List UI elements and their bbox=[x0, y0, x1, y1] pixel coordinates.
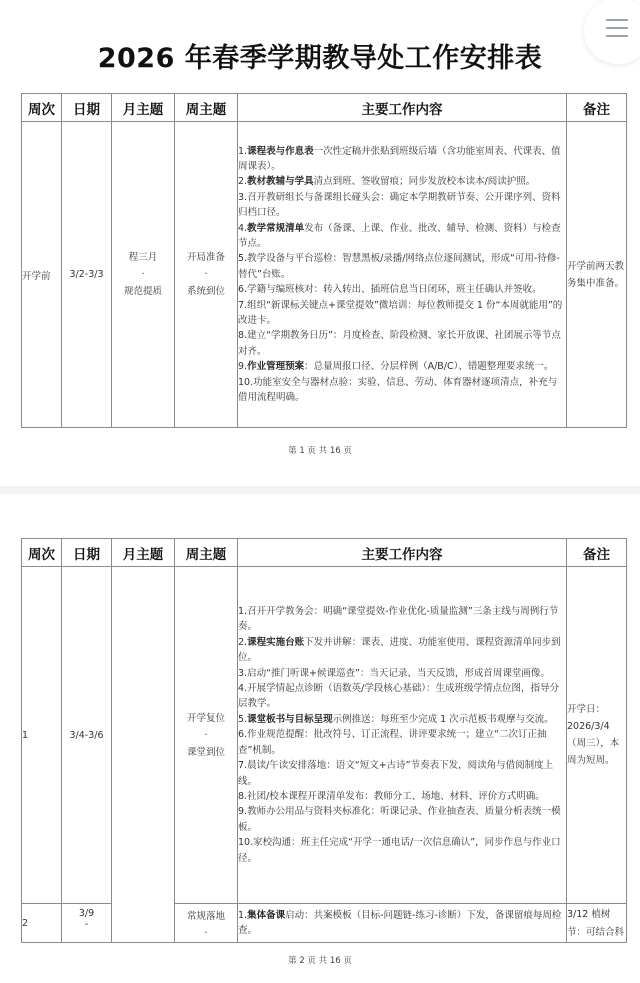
work-item: 9.作业管理预案：总量周报口径、分层样例（A/B/C）、错题整理要求统一。 bbox=[238, 359, 566, 374]
work-item: 1.集体备课启动：共案模板（目标-问题链-练习-诊断）下发，备课留痕每周检查。 bbox=[238, 908, 566, 939]
work-item: 1.召开开学教务会：明确“课堂提效-作业优化-质量监测”三条主线与周例行节奏。 bbox=[238, 604, 566, 635]
cell-main-work: 1.召开开学教务会：明确“课堂提效-作业优化-质量监测”三条主线与周例行节奏。 … bbox=[238, 567, 567, 904]
week-theme-line: 开学复位 bbox=[175, 710, 237, 727]
cell-week: 1 bbox=[22, 567, 62, 904]
schedule-table-page-2: 周次 日期 月主题 周主题 主要工作内容 备注 1 3/4-3/6 开学复位 ·… bbox=[21, 538, 627, 943]
month-theme-line: 程三月 bbox=[112, 249, 174, 266]
work-item: 8.社团/校本课程开课清单发布：教师分工、场地、材料、评价方式明确。 bbox=[238, 789, 566, 804]
header-month-theme: 月主题 bbox=[112, 94, 175, 122]
work-item: 4.开展学情起点诊断（语数英/学段核心基础）：生成班级学情点位图，指导分层教学。 bbox=[238, 681, 566, 712]
cell-date: 3/4-3/6 bbox=[62, 567, 112, 904]
page-separator bbox=[0, 486, 640, 494]
page-number-footer: 第 2 页 共 16 页 bbox=[0, 954, 640, 966]
work-item: 7.晨读/午读安排落地：语文“短文+古诗”节奏表下发，阅读角与借阅制度上线。 bbox=[238, 758, 566, 789]
work-item: 3.召开教研组长与备课组长碰头会：确定本学期教研节奏、公开课序列、资料归档口径。 bbox=[238, 190, 566, 221]
header-main-work: 主要工作内容 bbox=[238, 94, 567, 122]
month-theme-line: 规范提质 bbox=[112, 283, 174, 300]
week-theme-separator: · bbox=[175, 727, 237, 744]
document-title: 2026 年春季学期教导处工作安排表 bbox=[0, 36, 640, 75]
week-theme-line: 系统到位 bbox=[175, 283, 237, 300]
table-header-row: 周次 日期 月主题 周主题 主要工作内容 备注 bbox=[22, 94, 627, 122]
document-page-1: 2026 年春季学期教导处工作安排表 周次 日期 月主题 周主题 主要工作内容 … bbox=[0, 0, 640, 486]
work-item: 9.教师办公用品与资料夹标准化：听课记录、作业抽查表、质量分析表统一模板。 bbox=[238, 804, 566, 835]
document-page-2: 周次 日期 月主题 周主题 主要工作内容 备注 1 3/4-3/6 开学复位 ·… bbox=[0, 494, 640, 983]
cell-notes: 开学日：2026/3/4（周三），本周为短周。 bbox=[567, 567, 627, 904]
work-item: 7.组织“新课标关键点+课堂提效”微培训：每位教师提交 1 份“本周就能用”的改… bbox=[238, 298, 566, 329]
cell-notes: 3/12 植树节：可结合科 bbox=[567, 904, 627, 943]
week-theme-line: 课堂到位 bbox=[175, 744, 237, 761]
work-item: 1.课程表与作息表一次性定稿并张贴到班级后墙（含功能室周表、代课表、值周课表）。 bbox=[238, 144, 566, 175]
work-item: 2.课程实施台账下发并讲解：课表、进度、功能室使用、课程资源清单同步到位。 bbox=[238, 635, 566, 666]
header-week: 周次 bbox=[22, 94, 62, 122]
date-line: 3/9 bbox=[62, 908, 111, 919]
work-item: 2.教材教辅与学具清点到班、签收留痕；同步发放校本读本/阅读护照。 bbox=[238, 174, 566, 189]
header-notes: 备注 bbox=[567, 94, 627, 122]
cell-month-theme: 程三月 · 规范提质 bbox=[112, 122, 175, 428]
work-item: 6.学籍与编班核对：转入转出、插班信息当日闭环，班主任确认并签收。 bbox=[238, 282, 566, 297]
month-theme-separator: · bbox=[112, 266, 174, 283]
work-item: 10.家校沟通：班主任完成“开学一通电话/一次信息确认”，同步作息与作业口径。 bbox=[238, 835, 566, 866]
header-notes: 备注 bbox=[567, 539, 627, 567]
header-week-theme: 周主题 bbox=[175, 94, 238, 122]
cell-main-work: 1.课程表与作息表一次性定稿并张贴到班级后墙（含功能室周表、代课表、值周课表）。… bbox=[238, 122, 567, 428]
cell-main-work: 1.集体备课启动：共案模板（目标-问题链-练习-诊断）下发，备课留痕每周检查。 bbox=[238, 904, 567, 943]
table-row: 开学前 3/2-3/3 程三月 · 规范提质 开局准备 · 系统到位 1.课程表… bbox=[22, 122, 627, 428]
hamburger-menu-icon-bar bbox=[606, 27, 628, 29]
schedule-table-page-1: 周次 日期 月主题 周主题 主要工作内容 备注 开学前 3/2-3/3 程三月 … bbox=[21, 93, 627, 428]
cell-week: 2 bbox=[22, 904, 62, 943]
header-week-theme: 周主题 bbox=[175, 539, 238, 567]
header-week: 周次 bbox=[22, 539, 62, 567]
cell-week-theme: 开学复位 · 课堂到位 bbox=[175, 567, 238, 904]
work-item: 5.课堂板书与目标呈现示例推送：每班至少完成 1 次示范板书观摩与交流。 bbox=[238, 712, 566, 727]
cell-week-theme: 开局准备 · 系统到位 bbox=[175, 122, 238, 428]
header-main-work: 主要工作内容 bbox=[238, 539, 567, 567]
week-theme-line: 常规落地 bbox=[175, 908, 237, 925]
cell-month-theme bbox=[112, 567, 175, 943]
date-separator: - bbox=[62, 919, 111, 930]
hamburger-menu-icon-bar bbox=[606, 35, 628, 37]
hamburger-menu-icon bbox=[606, 19, 628, 21]
table-row: 1 3/4-3/6 开学复位 · 课堂到位 1.召开开学教务会：明确“课堂提效-… bbox=[22, 567, 627, 904]
page-number-footer: 第 1 页 共 16 页 bbox=[0, 444, 640, 456]
cell-notes: 开学前两天教务集中准备。 bbox=[567, 122, 627, 428]
cell-week: 开学前 bbox=[22, 122, 62, 428]
cell-date: 3/9 - bbox=[62, 904, 112, 943]
work-item: 4.教学常规清单发布（备课、上课、作业、批改、辅导、检测、资料）与检查节点。 bbox=[238, 221, 566, 252]
week-theme-line: 开局准备 bbox=[175, 249, 237, 266]
work-item: 5.教学设备与平台巡检：智慧黑板/录播/网络点位逐间测试，形成“可用-待修-替代… bbox=[238, 251, 566, 282]
week-theme-separator: · bbox=[175, 266, 237, 283]
table-header-row: 周次 日期 月主题 周主题 主要工作内容 备注 bbox=[22, 539, 627, 567]
cell-week-theme: 常规落地 · bbox=[175, 904, 238, 943]
header-date: 日期 bbox=[62, 539, 112, 567]
work-item: 6.作业规范提醒：批改符号、订正流程、讲评要求统一；建立“二次订正抽查”机制。 bbox=[238, 727, 566, 758]
header-date: 日期 bbox=[62, 94, 112, 122]
work-item: 8.建立“学期教务日历”：月度检查、阶段检测、家长开放课、社团展示等节点对齐。 bbox=[238, 328, 566, 359]
work-item: 10.功能室安全与器材点验：实验、信息、劳动、体育器材逐项清点，补充与借用流程明… bbox=[238, 375, 566, 406]
week-theme-separator: · bbox=[175, 925, 237, 942]
header-month-theme: 月主题 bbox=[112, 539, 175, 567]
cell-date: 3/2-3/3 bbox=[62, 122, 112, 428]
work-item: 3.启动“推门听课+候课巡查”：当天记录、当天反馈，形成首周课堂画像。 bbox=[238, 666, 566, 681]
